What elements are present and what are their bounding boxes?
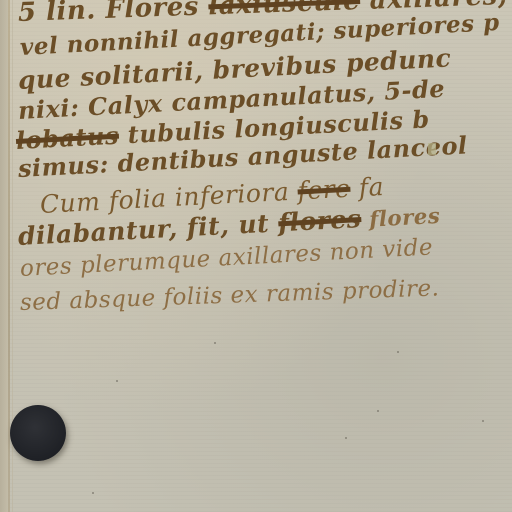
paper-speck xyxy=(482,420,484,422)
line-text: sed absque foliis ex ramis prodire. xyxy=(20,275,440,316)
manuscript-page: 5 lin. Flores laxiuscule axillares, i ve… xyxy=(0,0,512,512)
page-edge xyxy=(0,0,8,512)
punch-hole xyxy=(10,405,66,461)
paper-speck xyxy=(116,380,118,382)
paper-speck xyxy=(214,342,216,344)
deleted-word: fere xyxy=(297,174,351,206)
paper-speck xyxy=(397,351,399,353)
line-text: 5 lin. Flores xyxy=(17,0,208,28)
paper-speck xyxy=(377,410,379,412)
paper-stain xyxy=(428,143,436,155)
paper-speck xyxy=(92,492,94,494)
line-text: fa xyxy=(350,172,385,203)
manuscript-line-10: sed absque foliis ex ramis prodire. xyxy=(20,275,440,316)
inserted-word: flores xyxy=(361,204,441,233)
paper-speck xyxy=(345,437,347,439)
deleted-word: flores xyxy=(278,204,362,237)
